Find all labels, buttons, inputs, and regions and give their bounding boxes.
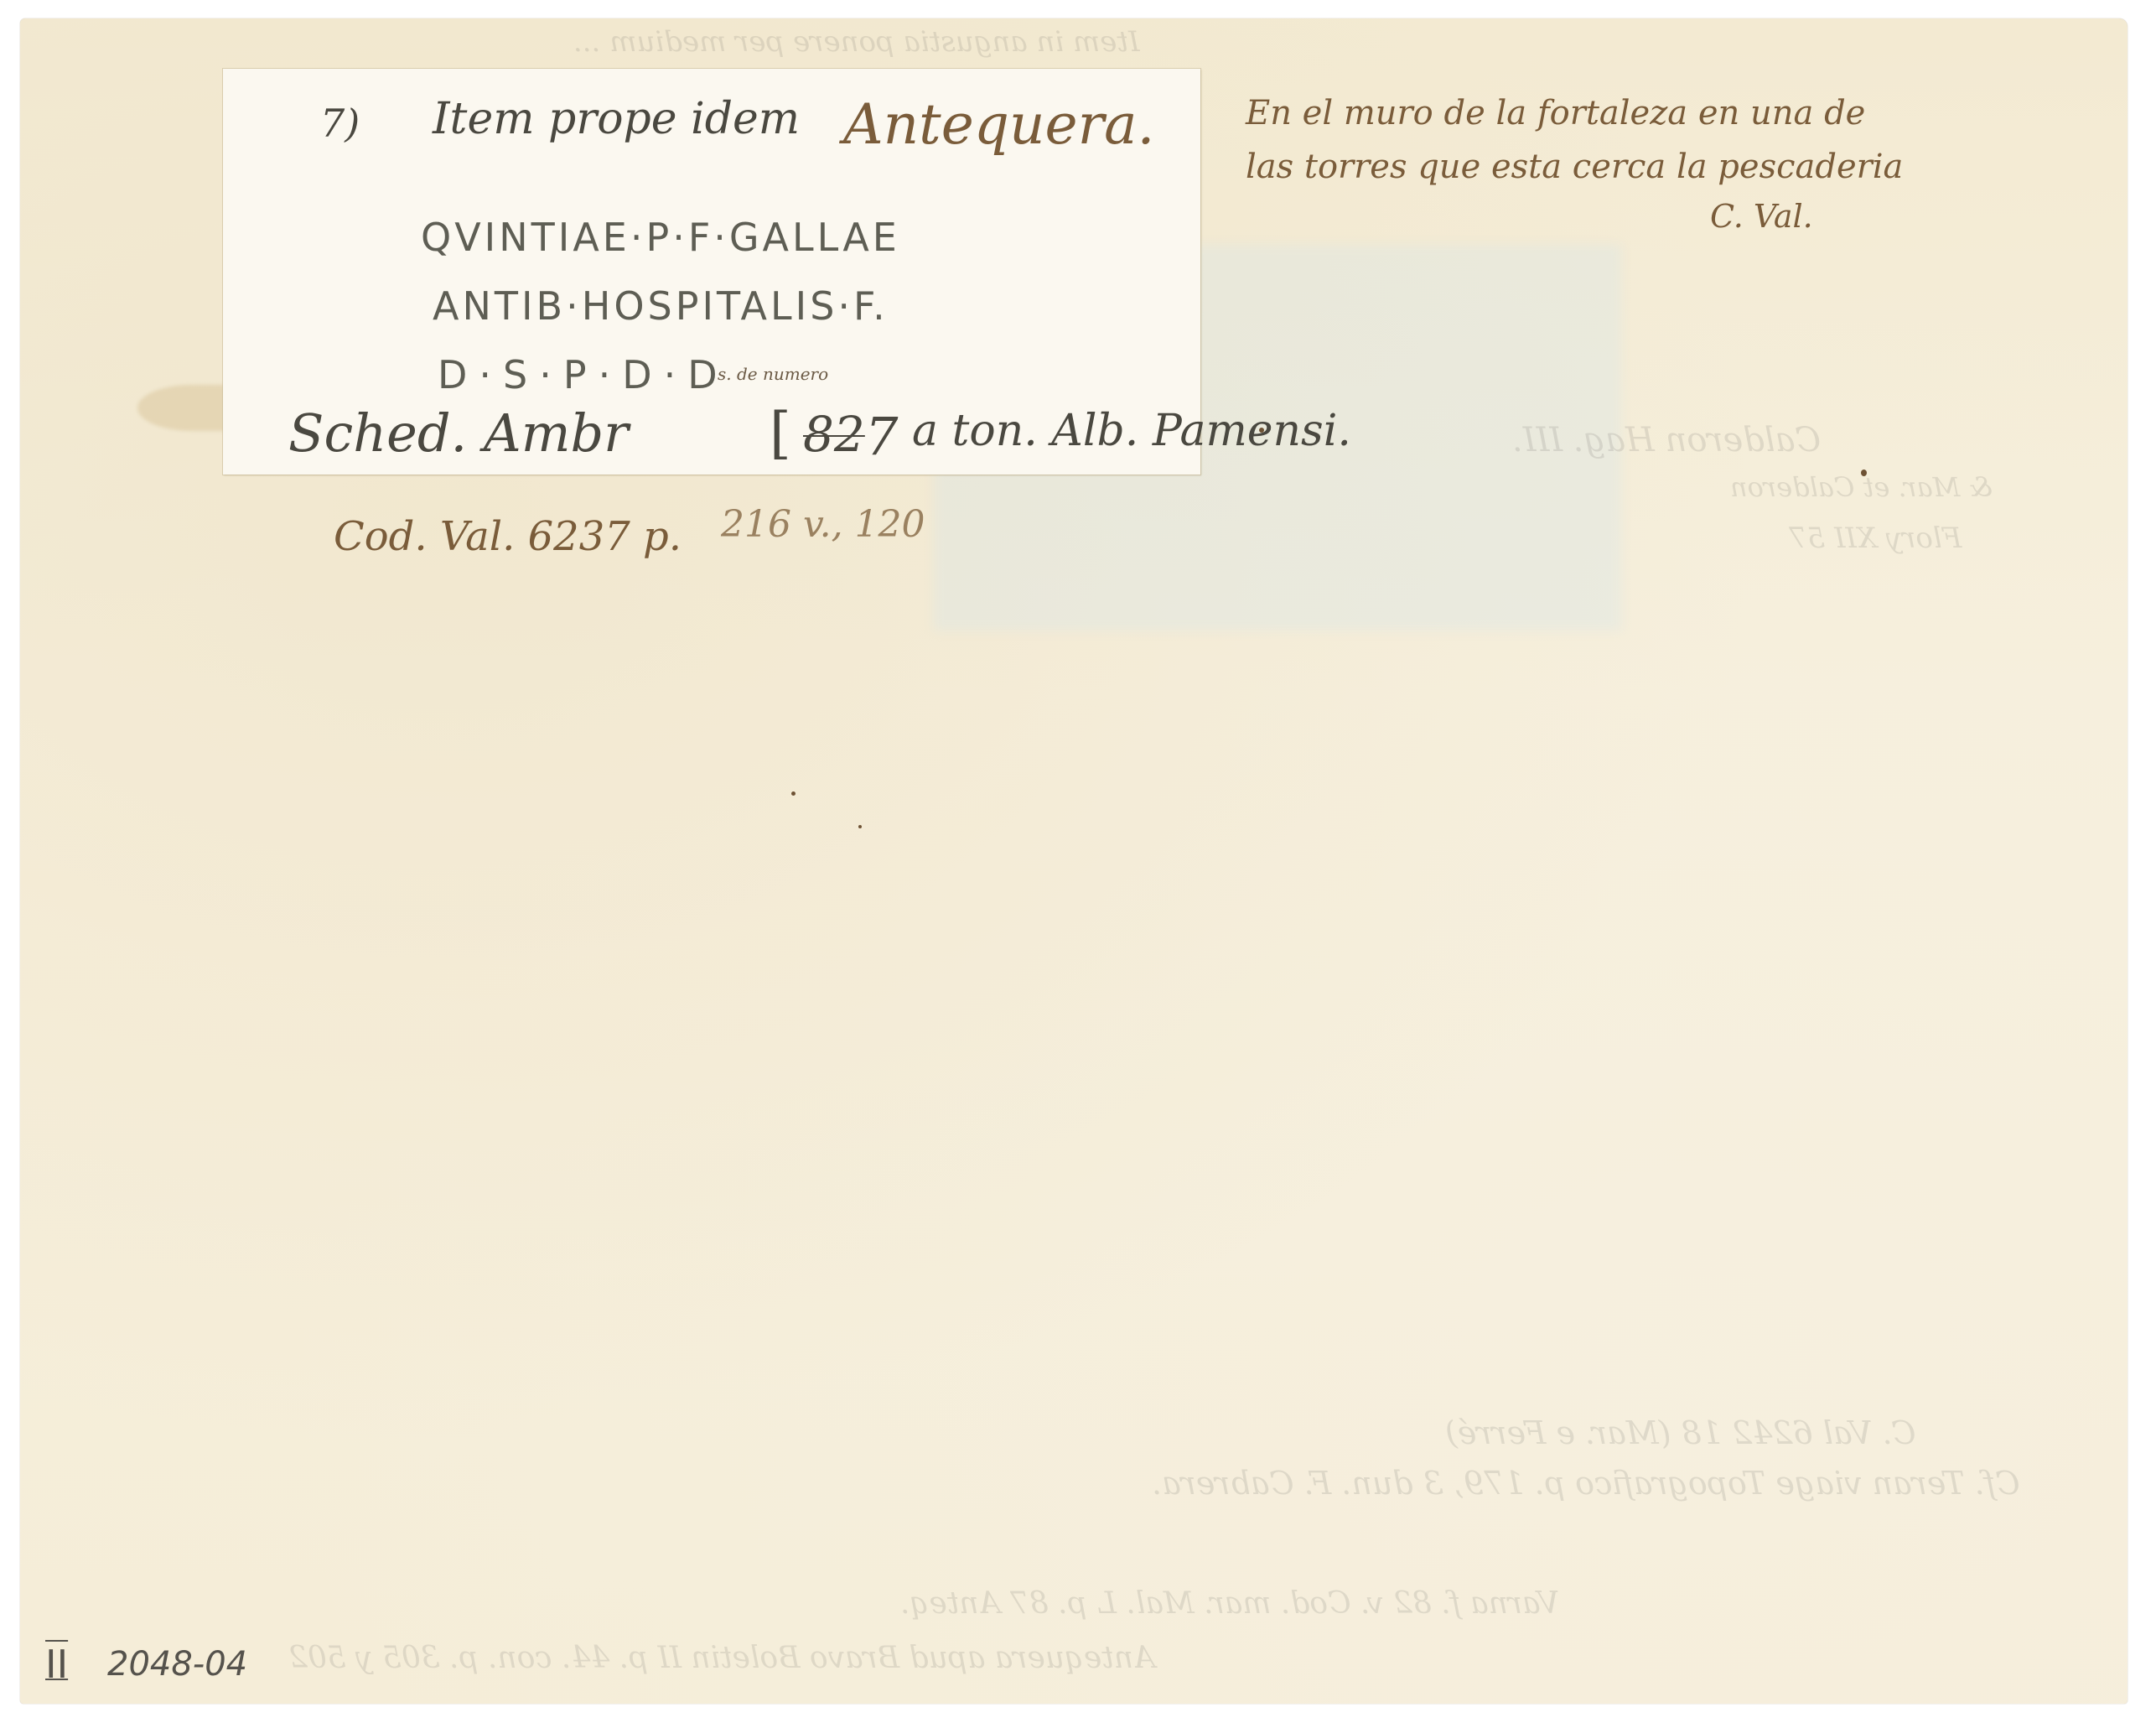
codex-pages: 216 v., 120 [721,503,925,546]
source-prefix: Sched. Ambr [288,402,629,464]
source-suffix: a ton. Alb. Pamensi. [912,406,1351,456]
spanish-note-line-2: las torres que esta cerca la pescaderia [1246,148,1903,186]
ink-speck [1861,470,1867,476]
ink-speck [791,791,796,796]
show-through-right-3: Flory XII 57 [1789,522,1962,555]
show-through-bottom-2: Antequera apud Bravo Boletin II p. 44. c… [288,1641,1155,1675]
inscription-line-2: ANTIB·HOSPITALIS·F. [433,283,889,329]
inscription-line-3: D·S·P·D·D [438,352,729,397]
superscript-note: s. de numero [718,364,828,384]
inventory-number: 2048-04 [107,1645,247,1684]
ink-speck [858,825,862,828]
place-name: Antequera. [843,92,1154,157]
show-through-lower-right-2: Cf. Teran viage Topografico p. 179, 3 du… [1152,1465,2020,1502]
codex-reference: Cod. Val. 6237 p. [334,513,682,560]
source-bracket: [ [770,401,791,465]
spanish-note-line-1: En el muro de la fortaleza en una de [1246,94,1865,132]
label-heading: Item prope idem [433,94,800,144]
inscription-line-1: QVINTIAE·P·F·GALLAE [421,215,900,260]
source-slash-number: 7 [865,406,898,467]
show-through-lower-right-1: C. Val 6242 18 (Mar. e Ferré) [1445,1414,1915,1451]
show-through-right-1: Calderon Hag. III. [1512,421,1821,459]
spanish-note-signature: C. Val. [1710,198,1813,235]
show-through-top-right: Item in angustia ponere per medium ... [573,25,1139,59]
source-number-struck: 82 [803,406,865,463]
show-through-right-2: & Mar. et Calderon [1730,471,1993,503]
inventory-roman: II [45,1642,68,1687]
show-through-bottom-1: Varna f. 82 v. Cod. mar. Mal. L p. 87 An… [900,1586,1559,1621]
item-number: 7) [320,101,360,146]
